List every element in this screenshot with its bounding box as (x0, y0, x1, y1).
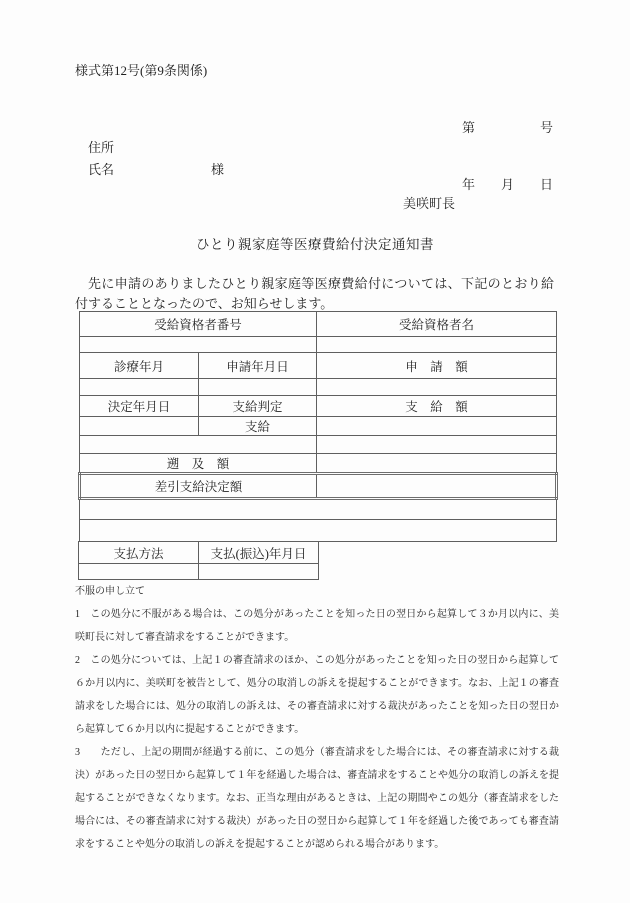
decision-date-header: 決定年月日 (80, 396, 199, 417)
blank-row-cell (80, 499, 557, 520)
treatment-month-value-cell (80, 379, 199, 396)
appeal-notes: 不服の申し立て 1 この処分に不服がある場合は、この処分があったことを知った日の… (75, 580, 559, 856)
recipient-number-header: 受給資格者番号 (80, 312, 317, 337)
payment-judgement-value: 支給 (199, 417, 317, 436)
recipient-name-value-cell (317, 337, 557, 353)
payment-table: 支払方法 支払(振込)年月日 (78, 541, 319, 580)
appeal-note-3: 3 ただし、上記の期間が経過する前に、この処分（審査請求をした場合には、その審査… (75, 741, 559, 856)
application-date-header: 申請年月日 (199, 353, 317, 379)
application-amount-value-cell (317, 379, 557, 396)
address-label: 住所 (88, 137, 224, 159)
payment-amount-value-cell (317, 417, 557, 436)
document-title: ひとり親家庭等医療費給付決定通知書 (0, 233, 630, 253)
retroactive-amount-value-cell (317, 454, 557, 474)
appeal-note-1: 1 この処分に不服がある場合は、この処分があったことを知った日の翌日から起算して… (75, 603, 559, 649)
retroactive-amount-header: 遡 及 額 (80, 454, 317, 474)
net-payment-value-cell (317, 474, 557, 499)
document-number-line: 第 号 (462, 118, 553, 137)
blank-row-cell (80, 520, 557, 542)
application-date-value-cell (199, 379, 317, 396)
honorific-label: 様 (211, 159, 224, 181)
application-amount-header: 申 請 額 (317, 353, 557, 379)
document-page: 様式第12号(第9条関係) 第 号 年 月 日 住所 氏名様 美咲町長 ひとり親… (0, 0, 630, 903)
net-payment-header: 差引支給決定額 (80, 474, 317, 499)
benefit-tables: 受給資格者番号 受給資格者名 診療年月 申請年月日 申 請 額 (78, 311, 558, 580)
form-number: 様式第12号(第9条関係) (75, 60, 207, 79)
recipient-number-value-cell (80, 337, 317, 353)
payment-method-value-cell (79, 564, 199, 580)
reference-block: 第 号 年 月 日 (462, 80, 553, 232)
appeal-notes-heading: 不服の申し立て (75, 580, 559, 603)
name-line: 氏名様 (88, 159, 224, 181)
payment-transfer-date-header: 支払(振込)年月日 (199, 542, 319, 564)
appeal-note-2: 2 この処分については、上記１の審査請求のほか、この処分があったことを知った日の… (75, 649, 559, 741)
date-line: 年 月 日 (462, 175, 553, 194)
decision-date-value-cell (80, 417, 199, 436)
body-paragraph: 先に申請のありましたひとり親家庭等医療費給付については、下記のとおり給付すること… (75, 274, 554, 313)
addressee-block: 住所 氏名様 (88, 137, 224, 181)
payment-transfer-date-value-cell (199, 564, 319, 580)
treatment-month-header: 診療年月 (80, 353, 199, 379)
benefit-decision-table: 受給資格者番号 受給資格者名 診療年月 申請年月日 申 請 額 (78, 311, 558, 542)
payment-amount-header: 支 給 額 (317, 396, 557, 417)
payment-method-header: 支払方法 (79, 542, 199, 564)
sender-name: 美咲町長 (403, 193, 455, 212)
spacer-right-cell (317, 436, 557, 454)
recipient-name-header: 受給資格者名 (317, 312, 557, 337)
name-label: 氏名 (88, 162, 114, 177)
spacer-left-cell (80, 436, 317, 454)
payment-judgement-header: 支給判定 (199, 396, 317, 417)
